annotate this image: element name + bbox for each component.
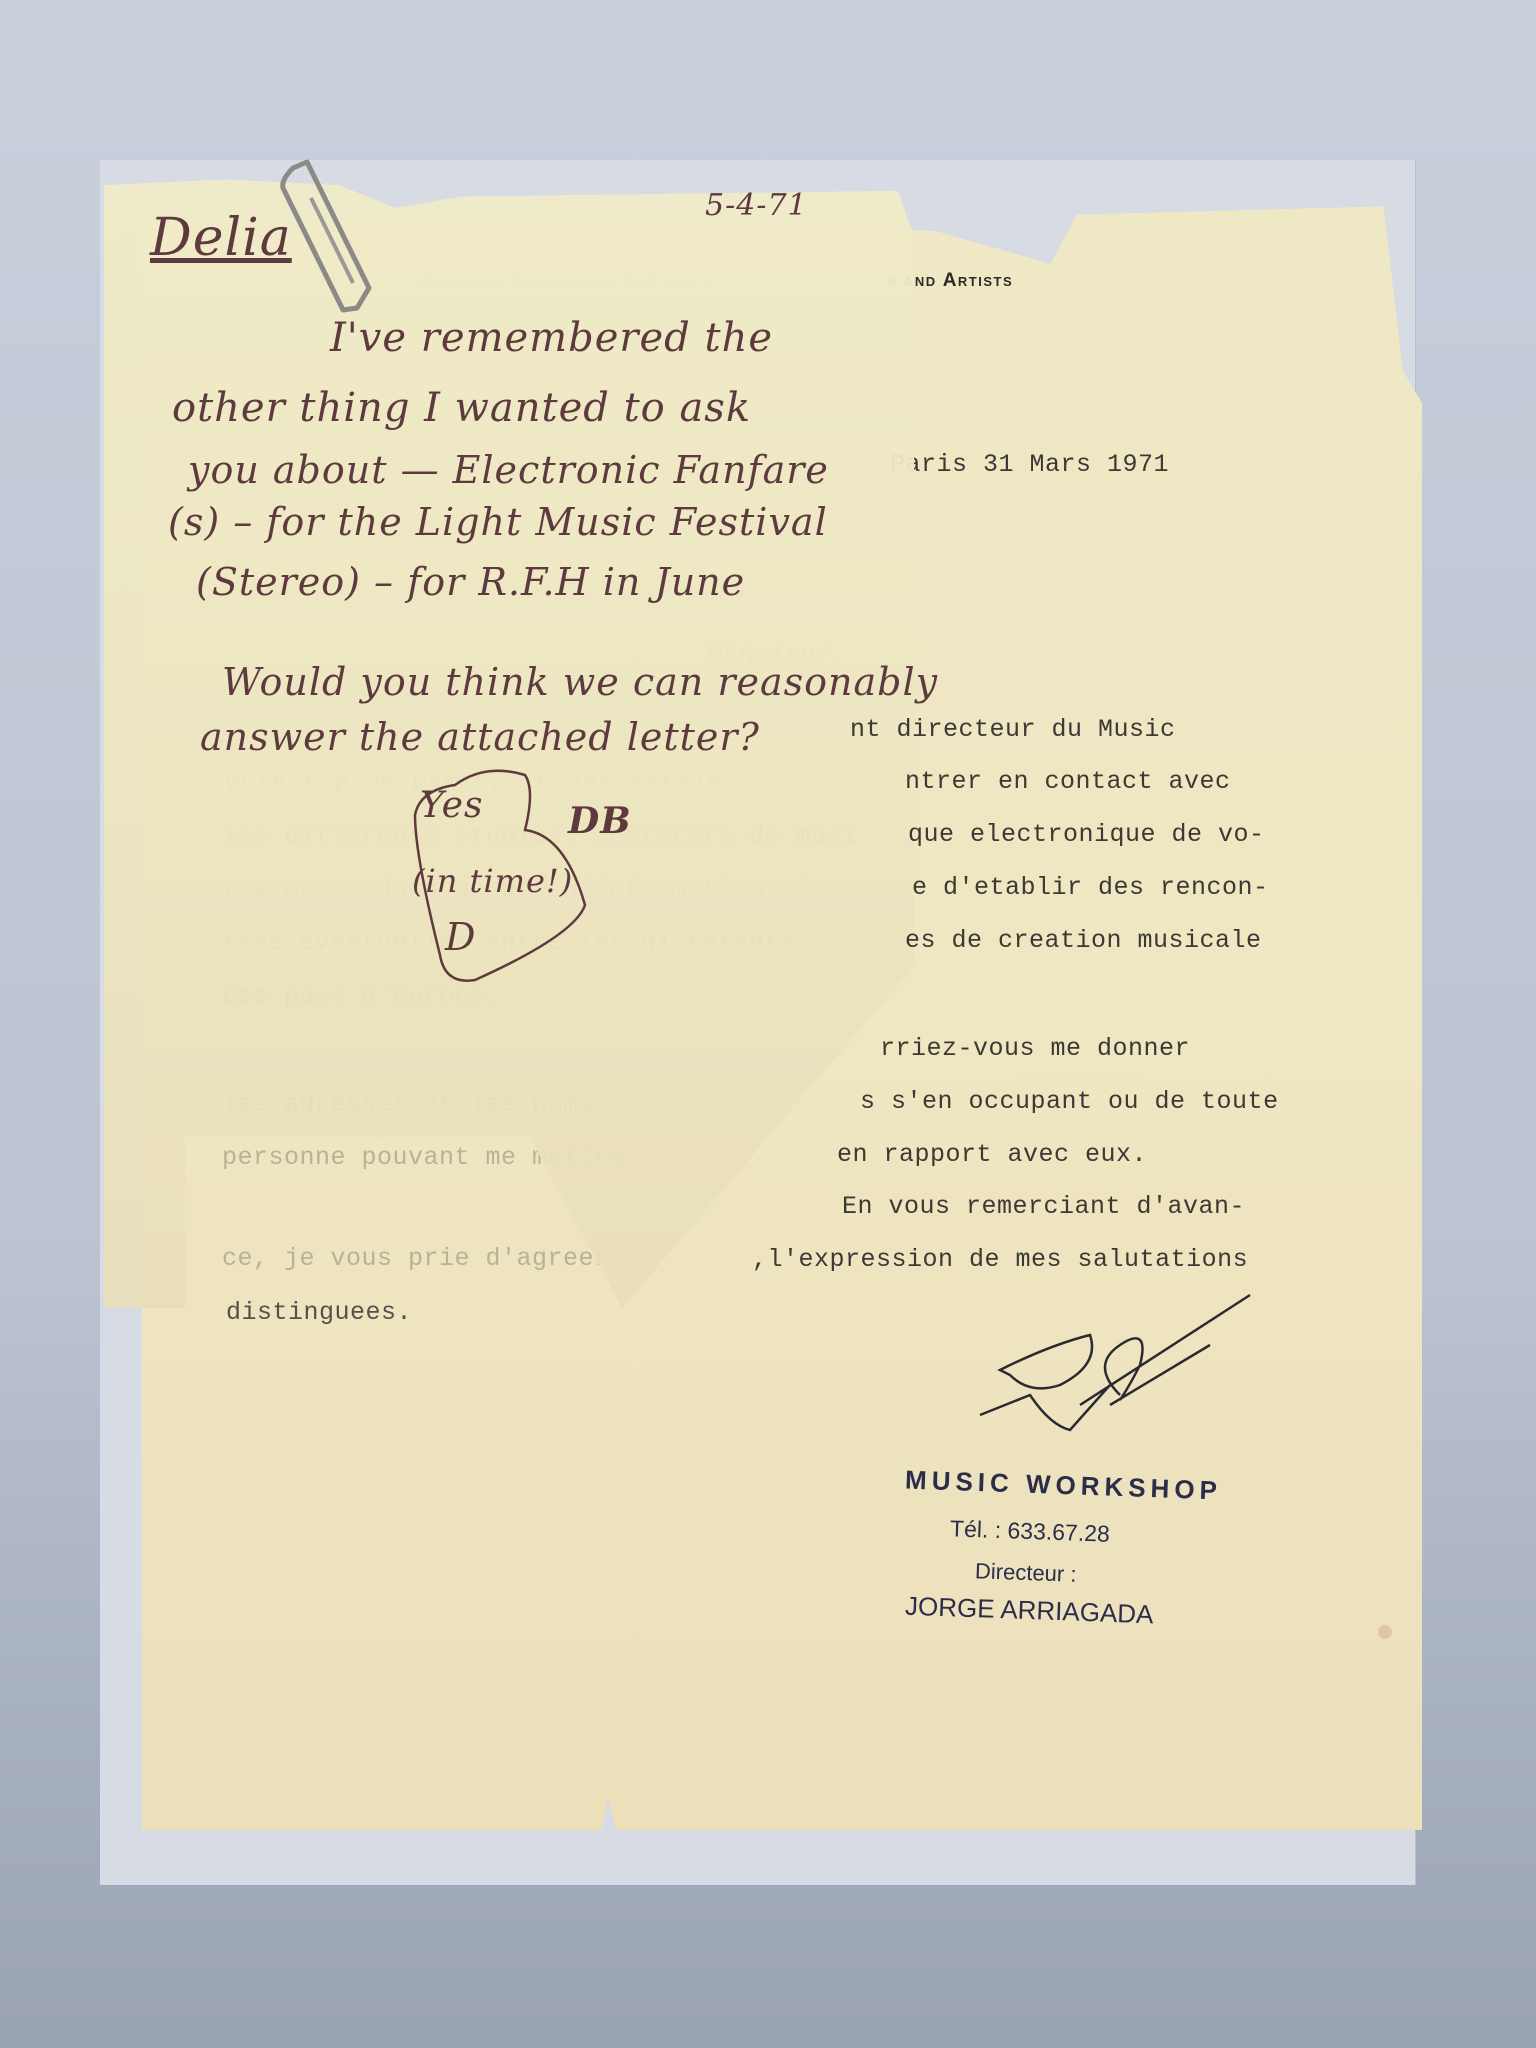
note-question: answer the attached letter? [200,715,760,759]
letter-date: Paris 31 Mars 1971 [890,450,1169,479]
note-salutation: Delia [150,208,292,268]
paper-stain [1378,1625,1392,1639]
letter-line: que electronique de vo- [908,820,1265,849]
letter-line-faded: ce, je vous prie d'agreer [222,1244,610,1273]
letter-line: En vous remerciant d'avan- [842,1192,1245,1221]
reply-in-time: (in time!) [412,862,573,900]
letter-line: e d'etablir des rencon- [912,873,1269,902]
initials-db: DB [568,800,632,842]
note-line: other thing I wanted to ask [172,385,751,431]
stamp-tel: Tél. : 633.67.28 [950,1515,1111,1548]
note-line: you about — Electronic Fanfare [188,448,829,492]
note-line: (s) – for the Light Music Festival [168,500,828,544]
letter-line: ntrer en contact avec [905,767,1231,796]
letter-line: ,l'expression de mes salutations [752,1245,1248,1274]
reply-initial: D [445,915,476,959]
letter-line: es de creation musicale [905,926,1262,955]
letter-line: nt directeur du Music [850,715,1176,744]
reply-yes: Yes [420,785,483,826]
note-line: I've remembered the [330,315,773,361]
letter-line: s s'en occupant ou de toute [860,1087,1279,1116]
letter-line: rriez-vous me donner [880,1034,1190,1063]
stamp-role: Directeur : [975,1558,1077,1588]
note-line: (Stereo) – for R.F.H in June [196,560,745,604]
letter-line: en rapport avec eux. [837,1140,1147,1169]
note-date: 5-4-71 [705,188,808,223]
signature [970,1275,1270,1445]
letter-line-closing: distinguees. [226,1298,412,1327]
note-question: Would you think we can reasonably [222,660,938,704]
